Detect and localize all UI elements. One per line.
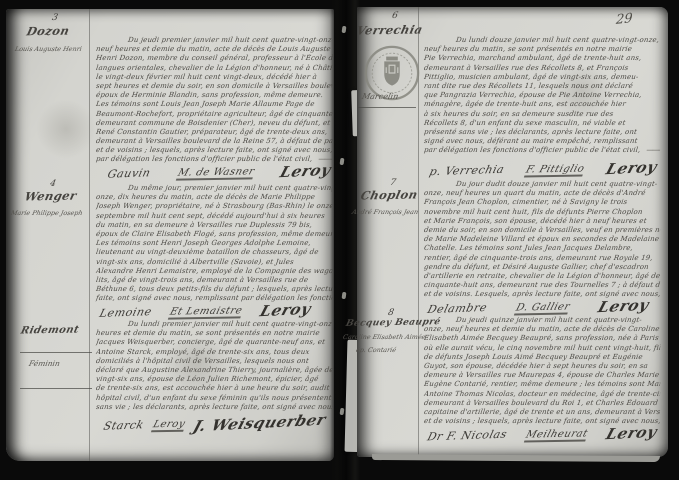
margin-divider: [20, 388, 92, 389]
handwritten-line: le vingt-deux février mil huit cent ving…: [95, 73, 332, 82]
handwritten-line: sans vie ; les déclarants, après lecture…: [95, 403, 332, 412]
signature: Meilheurat: [524, 428, 589, 442]
margin-divider: [20, 352, 92, 353]
handwritten-line: demeurant à Versailles boulevard du Roi …: [423, 399, 660, 408]
signature: Leroy: [604, 158, 660, 179]
signature: D. Gallier: [514, 302, 572, 316]
handwritten-line: Pittiglio, musicien ambulant, âgé de vin…: [423, 73, 660, 82]
margin-divider: [358, 107, 416, 108]
signature: Delambre: [426, 301, 488, 316]
handwritten-line: époux de Herminie Blandin, sans professi…: [95, 91, 332, 100]
handwritten-line: Antoine Starck, employé, âgé de trente-s…: [95, 348, 332, 357]
signature: p. Verrechia: [428, 163, 506, 179]
margin-entry-name: Ridemont: [20, 324, 81, 336]
handwritten-line: heures et demie du matin, se sont présen…: [95, 329, 332, 338]
signature: Leroy: [258, 300, 314, 321]
handwritten-line: de défunts Joseph Louis Aimé Becquey Bea…: [423, 353, 660, 362]
signature: J. Weisquerber: [191, 411, 328, 436]
handwritten-line: capitaine d'artillerie, âgé de trente et…: [423, 408, 660, 417]
handwritten-line: et Marie François, son épouse, décédé hi…: [423, 217, 660, 226]
signature: Starck: [102, 418, 145, 432]
margin-entry-name: Dozon: [25, 24, 71, 39]
handwritten-line: Du lundi premier janvier mil huit cent q…: [95, 320, 332, 329]
handwritten-line: demeure à Versailles rue Maurepas 4, épo…: [423, 371, 660, 380]
handwritten-line: Les témoins sont Louis Jean Joseph Marie…: [95, 100, 332, 109]
signature: F. Pittiglio: [524, 163, 586, 177]
scanned-register-spread: 3 Dozon Louis Auguste Henri 4 Wenger Mar…: [0, 0, 679, 480]
signatures-row: DelambreD. GallierLeroy: [428, 297, 648, 315]
handwritten-line: époux de Claire Elisabeth Flogé, sans pr…: [95, 230, 332, 239]
handwritten-line: Eugène Contarié, rentier, même demeure ;…: [423, 380, 660, 389]
handwritten-line: René Constantin Gautier, préparateur, âg…: [95, 128, 332, 137]
handwritten-line: Récollets 8, d'un enfant du sexe masculi…: [423, 119, 660, 128]
handwritten-line: neuf heures et demie du matin, acte de d…: [95, 45, 332, 54]
handwritten-line: Du lundi douze janvier mil huit cent qua…: [423, 36, 660, 45]
handwritten-line: demeurant à Versailles rue des Récollets…: [423, 64, 660, 73]
signature: Et Lemaistre: [168, 305, 244, 319]
handwritten-line: onze, dix heures du matin, acte de décès…: [95, 193, 332, 202]
page-number: 29: [616, 11, 634, 28]
underlying-page-edge: [372, 454, 660, 462]
handwritten-line: Alexandre Henri Lemaistre, employé de la…: [95, 267, 332, 276]
handwritten-line: rant dite rue des Récollets 11, lesquels…: [423, 82, 660, 91]
margin-entry-detail: Féminin: [28, 359, 61, 368]
signature: M. de Wasner: [175, 166, 255, 180]
act-entry-text: Du jeudi quinze janvier mil huit cent qu…: [424, 316, 660, 426]
handwritten-line: à six heures du soir, en sa demeure susd…: [423, 110, 660, 119]
margin-entry-detail: Marcelin: [361, 92, 399, 101]
handwritten-line: Beaumont-Rochefort, propriétaire agricul…: [95, 110, 332, 119]
handwritten-line: hôpital civil, d'un enfant du sexe fémin…: [95, 394, 332, 403]
handwritten-line: neuf heures du matin, se sont présentés …: [423, 45, 660, 54]
signature: Dr F. Nicolas: [426, 428, 509, 444]
handwritten-line: d'artillerie en retraite, chevalier de l…: [423, 272, 660, 281]
handwritten-line: présenté sans vie ; les déclarants, aprè…: [423, 128, 660, 137]
handwritten-line: cinquante-huit ans, demeurant rue des To…: [423, 281, 660, 290]
handwritten-line: Du même jour, premier janvier mil huit c…: [95, 184, 332, 193]
handwritten-line: domiciliés à l'hôpital civil de Versaill…: [95, 357, 332, 366]
act-entry-text: Du lundi douze janvier mil huit cent qua…: [424, 36, 660, 155]
handwritten-line: signé avec nous, déférant au maire empêc…: [423, 137, 660, 146]
margin-entry-detail: Caroline Elisabeth Aimée: [342, 333, 426, 341]
margin-entry-detail: Louis Auguste Henri: [14, 45, 82, 53]
handwritten-line: Pie Verrechia, marchand ambulant, âgé de…: [423, 54, 660, 63]
binding-stitch: [340, 408, 345, 415]
signatures-row: Dr F. NicolasMeilheuratLeroy: [428, 420, 656, 442]
handwritten-line: de Marie Madeleine Villard et époux en s…: [423, 235, 660, 244]
handwritten-line: où elle aurait vécu, le cinq novembre mi…: [423, 344, 660, 353]
handwritten-line: Chatelle. Les témoins sont Jules Jean Ja…: [423, 244, 660, 253]
handwritten-line: demeurant commune de Boisdenier (Cher), …: [95, 119, 332, 128]
margin-rule: [89, 9, 90, 461]
margin-entry-name: Verrechia: [355, 22, 424, 37]
handwritten-line: lieutenant au vingt-deuxième bataillon d…: [95, 248, 332, 257]
handwritten-line: Béthune 6, tous deux petits-fils du défu…: [95, 285, 332, 294]
act-entry-text: Du même jour, premier janvier mil huit c…: [96, 184, 332, 303]
margin-entry-detail: ép. Contarié: [355, 346, 397, 354]
handwritten-line: septembre mil huit cent sept, décédé auj…: [95, 212, 332, 221]
handwritten-line: François Jean Choplon, cimentier, né à S…: [423, 198, 660, 207]
handwritten-line: déclaré que Augustine Alexandrine Thierr…: [95, 366, 332, 375]
handwritten-line: sept heures et demie du soir, en son dom…: [95, 82, 332, 91]
handwritten-line: vingt-six ans, domicilié à Albertville (…: [95, 258, 332, 267]
handwritten-line: Guyot, son épouse, décédée hier à sept h…: [423, 362, 660, 371]
handwritten-line: de trente-six ans, est accouchée hier à …: [95, 384, 332, 393]
handwritten-line: Elisabeth Aimée Becquey Beaupré, sans pr…: [423, 334, 660, 343]
handwritten-line: novembre mil huit cent huit, fils de déf…: [423, 208, 660, 217]
margin-entry-name: Choplon: [359, 188, 419, 203]
handwritten-line: langues orientales, chevalier de la Légi…: [95, 64, 332, 73]
signatures-row: p. VerrechiaF. PittiglioLeroy: [430, 159, 656, 177]
handwritten-line: Les témoins sont Henri Joseph Georges Ad…: [95, 239, 332, 248]
handwritten-line: du matin, en sa demeure à Versailles rue…: [95, 221, 332, 230]
handwritten-line: que Pangrazia Verrechia, épouse de Pie A…: [423, 91, 660, 100]
handwritten-line: Du jour dudit douze janvier mil huit cen…: [423, 180, 660, 189]
handwritten-line: lits, âgé de vingt-trois ans, demeurant …: [95, 276, 332, 285]
margin-entry-detail: André François Jean: [351, 208, 419, 216]
handwritten-line: gendre du défunt, et Désiré Auguste Gall…: [423, 263, 660, 272]
handwritten-line: rentier, âgé de cinquante-trois ans, dem…: [423, 254, 660, 263]
signature: Leroy: [596, 296, 652, 317]
handwritten-line: vingt-six ans, épouse de Léon Julien Ric…: [95, 375, 332, 384]
signature: Leroy: [278, 161, 334, 182]
act-entry-text: Du jeudi premier janvier mil huit cent q…: [96, 36, 332, 165]
binding-stitch: [342, 292, 347, 299]
binding-stitch: [340, 158, 345, 165]
margin-entry-name: Wenger: [23, 189, 78, 204]
handwritten-line: Du jeudi quinze janvier mil huit cent qu…: [423, 316, 660, 325]
handwritten-line: demeurant à Versailles boulevard de la R…: [95, 137, 332, 146]
binding-stitch: [342, 26, 347, 33]
signature: Gauvin: [106, 166, 152, 180]
handwritten-line: Du jeudi premier janvier mil huit cent q…: [95, 36, 332, 45]
signature: Lemoine: [98, 305, 153, 320]
paper-stain: [36, 99, 96, 159]
handwritten-line: Henri Dozon, membre du conseil général, …: [95, 54, 332, 63]
handwritten-line: Antoine Thomas Nicolas, docteur en médec…: [423, 390, 660, 399]
signatures-row: LemoineEt LemaistreLeroy: [100, 301, 310, 319]
handwritten-line: Joseph Wenger, propriétaire, né à Strasb…: [95, 202, 332, 211]
handwritten-line: ménagère, âgée de trente-huit ans, est a…: [423, 100, 660, 109]
handwritten-line: Jacques Weisquerber, concierge, âgé de q…: [95, 338, 332, 347]
signatures-row: StarckLeroyJ. Weisquerber: [104, 412, 324, 432]
signature: Leroy: [604, 423, 660, 444]
signatures-row: GauvinM. de WasnerLeroy: [108, 162, 330, 180]
act-entry-text: Du jour dudit douze janvier mil huit cen…: [424, 180, 660, 299]
handwritten-line: demie du soir, en son domicile à Versail…: [423, 226, 660, 235]
handwritten-line: par délégation les fonctions d'officier …: [423, 146, 660, 155]
handwritten-line: onze, neuf heures et demie du matin, act…: [423, 325, 660, 334]
act-entry-text: Du lundi premier janvier mil huit cent q…: [96, 320, 332, 412]
signature: Leroy: [151, 419, 187, 433]
margin-entry-detail: Marie Philippe Joseph: [10, 209, 83, 217]
handwritten-line: onze, neuf heures un quart du matin, act…: [423, 189, 660, 198]
